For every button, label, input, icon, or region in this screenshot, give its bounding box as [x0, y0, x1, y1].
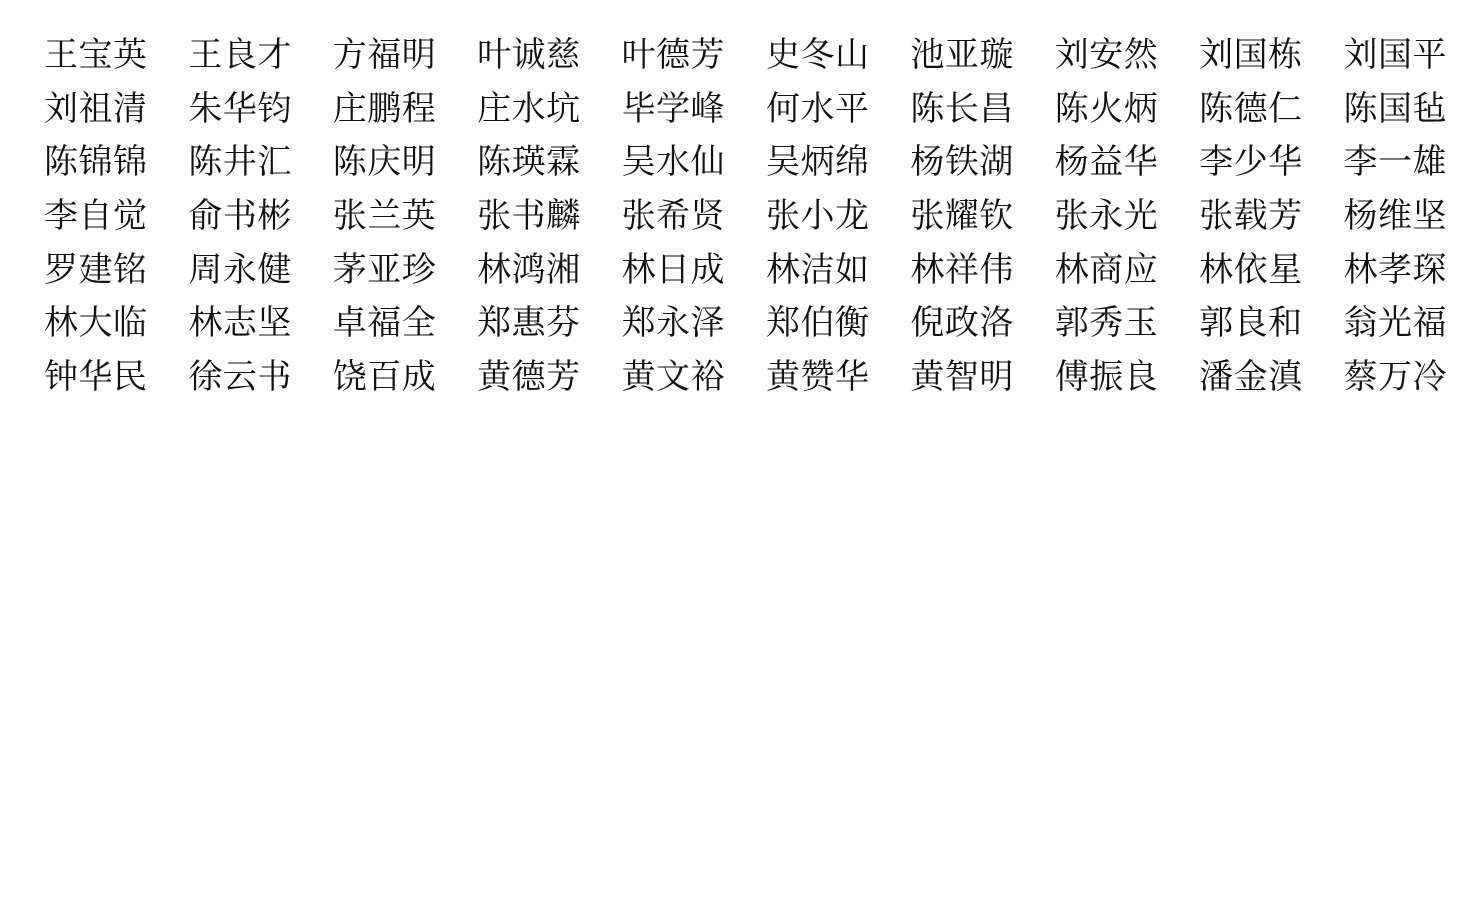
name-cell: 池亚璇: [910, 30, 1054, 84]
name-cell: 张小龙: [766, 191, 910, 245]
name-cell: 陈德仁: [1199, 84, 1343, 138]
name-cell: 庄水坑: [477, 84, 621, 138]
name-cell: 郑惠芬: [477, 298, 621, 352]
name-cell: 刘安然: [1055, 30, 1199, 84]
name-cell: 叶诚慈: [477, 30, 621, 84]
name-cell: 郭秀玉: [1055, 298, 1199, 352]
name-cell: 徐云书: [188, 352, 332, 406]
name-cell: 周永健: [188, 245, 332, 299]
name-cell: 林志坚: [188, 298, 332, 352]
name-cell: 叶德芳: [622, 30, 766, 84]
name-cell: 郭良和: [1199, 298, 1343, 352]
name-cell: 蔡万冷: [1344, 352, 1484, 406]
name-cell: 林洁如: [766, 245, 910, 299]
name-cell: 林祥伟: [910, 245, 1054, 299]
name-cell: 张书麟: [477, 191, 621, 245]
name-cell: 钟华民: [44, 352, 188, 406]
name-cell: 黄赞华: [766, 352, 910, 406]
name-cell: 李自觉: [44, 191, 188, 245]
name-cell: 杨铁湖: [910, 137, 1054, 191]
name-cell: 林日成: [622, 245, 766, 299]
name-cell: 郑伯衡: [766, 298, 910, 352]
name-cell: 何水平: [766, 84, 910, 138]
name-list-grid: 王宝英 王良才 方福明 叶诚慈 叶德芳 史冬山 池亚璇 刘安然 刘国栋 刘国平 …: [44, 30, 1484, 406]
name-cell: 黄德芳: [477, 352, 621, 406]
name-cell: 庄鹏程: [333, 84, 477, 138]
name-cell: 吴水仙: [622, 137, 766, 191]
name-cell: 张载芳: [1199, 191, 1343, 245]
name-cell: 吴炳绵: [766, 137, 910, 191]
name-cell: 张希贤: [622, 191, 766, 245]
name-cell: 俞书彬: [188, 191, 332, 245]
name-cell: 林依星: [1199, 245, 1343, 299]
name-cell: 杨益华: [1055, 137, 1199, 191]
name-cell: 黄文裕: [622, 352, 766, 406]
name-cell: 林大临: [44, 298, 188, 352]
name-cell: 朱华钧: [188, 84, 332, 138]
name-cell: 李少华: [1199, 137, 1343, 191]
name-cell: 史冬山: [766, 30, 910, 84]
name-cell: 陈锦锦: [44, 137, 188, 191]
name-cell: 倪政洛: [910, 298, 1054, 352]
name-cell: 陈国毡: [1344, 84, 1484, 138]
name-cell: 刘祖清: [44, 84, 188, 138]
name-cell: 杨维坚: [1344, 191, 1484, 245]
name-cell: 陈长昌: [910, 84, 1054, 138]
name-cell: 王良才: [188, 30, 332, 84]
name-cell: 翁光福: [1344, 298, 1484, 352]
name-cell: 张永光: [1055, 191, 1199, 245]
name-cell: 陈井汇: [188, 137, 332, 191]
name-cell: 饶百成: [333, 352, 477, 406]
name-cell: 茅亚珍: [333, 245, 477, 299]
name-cell: 林孝琛: [1344, 245, 1484, 299]
name-cell: 王宝英: [44, 30, 188, 84]
name-cell: 李一雄: [1344, 137, 1484, 191]
name-cell: 林商应: [1055, 245, 1199, 299]
name-cell: 潘金滇: [1199, 352, 1343, 406]
name-cell: 罗建铭: [44, 245, 188, 299]
name-cell: 陈火炳: [1055, 84, 1199, 138]
name-cell: 张兰英: [333, 191, 477, 245]
name-cell: 刘国栋: [1199, 30, 1343, 84]
name-cell: 方福明: [333, 30, 477, 84]
name-cell: 傅振良: [1055, 352, 1199, 406]
name-cell: 黄智明: [910, 352, 1054, 406]
name-cell: 张耀钦: [910, 191, 1054, 245]
name-cell: 林鸿湘: [477, 245, 621, 299]
name-cell: 卓福全: [333, 298, 477, 352]
name-cell: 陈瑛霖: [477, 137, 621, 191]
name-cell: 陈庆明: [333, 137, 477, 191]
name-cell: 毕学峰: [622, 84, 766, 138]
name-cell: 刘国平: [1344, 30, 1484, 84]
name-cell: 郑永泽: [622, 298, 766, 352]
